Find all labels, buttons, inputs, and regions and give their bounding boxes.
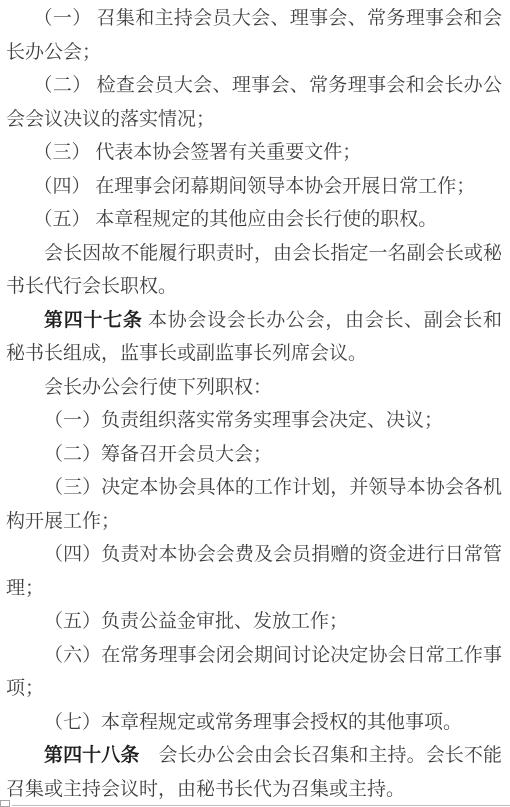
paragraph: 第四十七条 本协会设会长办公会，由会长、副会长和秘书长组成，监事长或副监事长列席… [6, 304, 502, 371]
scan-corner-mark [0, 800, 10, 807]
paragraph: （五） 本章程规定的其他应由会长行使的职权。 [6, 203, 502, 237]
paragraph-text: （四）负责对本协会会费及会员捐赠的资金进行日常管理； [6, 544, 502, 599]
paragraph-text: （一） 召集和主持会员大会、理事会、常务理事会和会长办公会； [6, 8, 502, 63]
paragraph-text: （六）在常务理事会闭会期间讨论决定协会日常工作事项； [6, 645, 502, 700]
paragraph: 会长办公会行使下列职权： [6, 371, 502, 405]
paragraph-text: （二）筹备召开会员大会； [44, 444, 272, 465]
paragraph-text: （五）负责公益金审批、发放工作； [44, 611, 348, 632]
document-body: （一） 召集和主持会员大会、理事会、常务理事会和会长办公会；（二） 检查会员大会… [0, 0, 510, 806]
article-number-text: 第四十七条 [44, 310, 143, 331]
paragraph: （六）在常务理事会闭会期间讨论决定协会日常工作事项； [6, 639, 502, 706]
paragraph-text: （三）决定本协会具体的工作计划，并领导本协会各机构开展工作； [6, 477, 502, 532]
paragraph: （七）本章程规定或常务理事会授权的其他事项。 [6, 706, 502, 740]
paragraph: （二） 检查会员大会、理事会、常务理事会和会长办公会会议决议的落实情况； [6, 69, 502, 136]
paragraph: （一）负责组织落实常务实理事会决定、决议； [6, 404, 502, 438]
paragraph-text: 会长办公会行使下列职权： [44, 377, 272, 398]
paragraph: （五）负责公益金审批、发放工作； [6, 605, 502, 639]
document-page: （一） 召集和主持会员大会、理事会、常务理事会和会长办公会；（二） 检查会员大会… [0, 0, 510, 807]
page-bottom-edge-line [12, 805, 510, 806]
paragraph-text: （四） 在理事会闭幕期间领导本协会开展日常工作； [34, 176, 476, 197]
paragraph: （四） 在理事会闭幕期间领导本协会开展日常工作； [6, 170, 502, 204]
paragraph: （三） 代表本协会签署有关重要文件； [6, 136, 502, 170]
paragraph-text: 会长因故不能履行职责时，由会长指定一名副会长或秘书长代行会长职权。 [6, 243, 502, 298]
paragraph: （四）负责对本协会会费及会员捐赠的资金进行日常管理； [6, 538, 502, 605]
paragraph-text: （三） 代表本协会签署有关重要文件； [34, 142, 362, 163]
paragraph: （二）筹备召开会员大会； [6, 438, 502, 472]
paragraph: 第四十八条 会长办公会由会长召集和主持。会长不能召集或主持会议时，由秘书长代为召… [6, 739, 502, 806]
paragraph-text: （一）负责组织落实常务实理事会决定、决议； [44, 410, 443, 431]
paragraph-text: （五） 本章程规定的其他应由会长行使的职权。 [34, 209, 438, 230]
paragraph: 会长因故不能履行职责时，由会长指定一名副会长或秘书长代行会长职权。 [6, 237, 502, 304]
paragraph-text: （七）本章程规定或常务理事会授权的其他事项。 [44, 712, 462, 733]
article-number-text: 第四十八条 [44, 745, 139, 766]
paragraph: （一） 召集和主持会员大会、理事会、常务理事会和会长办公会； [6, 2, 502, 69]
paragraph-text: （二） 检查会员大会、理事会、常务理事会和会长办公会会议决议的落实情况； [6, 75, 502, 130]
paragraph: （三）决定本协会具体的工作计划，并领导本协会各机构开展工作； [6, 471, 502, 538]
